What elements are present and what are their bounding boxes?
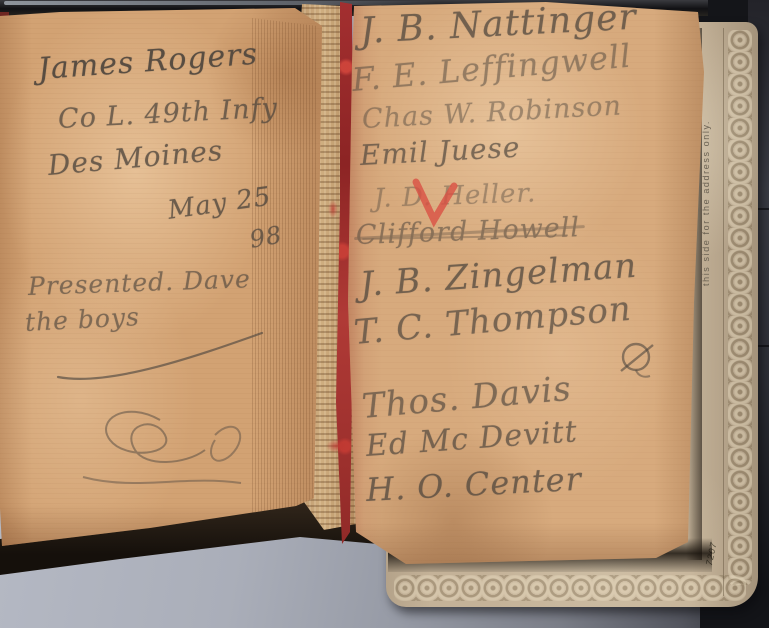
- photo-scene: this side for the address only. 7207 Jam…: [0, 0, 769, 628]
- card-edge-text: this side for the address only.: [701, 89, 715, 317]
- underline-flourish: [50, 325, 270, 385]
- signature-line-struck: Clifford Howell: [356, 214, 581, 249]
- card-crease-line: [723, 28, 724, 596]
- pencil-scribble: [65, 395, 255, 495]
- red-cloth-daub: [322, 436, 350, 456]
- signature-line: Emil Juese: [359, 134, 521, 170]
- card-embossed-border-right: [728, 30, 752, 585]
- card-embossed-border-bottom: [394, 575, 746, 601]
- red-cloth-daub: [326, 196, 340, 222]
- red-check-mark: [408, 176, 460, 228]
- handwriting-line: 98: [248, 223, 284, 252]
- top-edge-highlight: [4, 1, 436, 5]
- circled-flourish-mark: [616, 338, 660, 382]
- handwriting-line: Presented. Dave: [28, 266, 252, 299]
